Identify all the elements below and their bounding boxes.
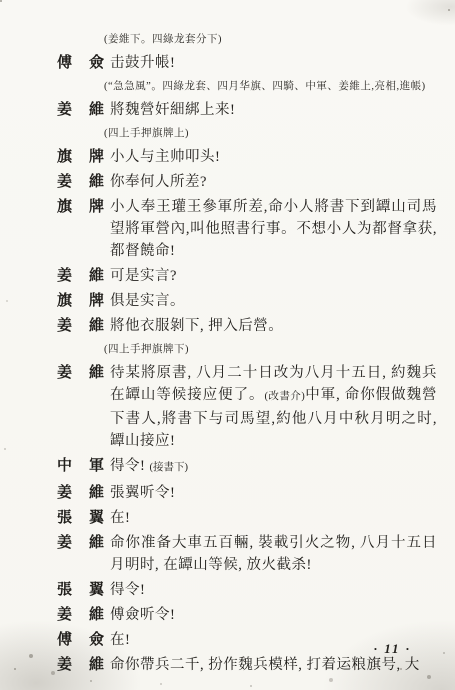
speaker-name: 姜維 bbox=[57, 604, 104, 626]
speaker-name: 姜維 bbox=[57, 171, 104, 193]
dialogue-text-segment: 命你帶兵二千, 扮作魏兵模样, 打着运粮旗号, 大 bbox=[110, 657, 420, 673]
stage-direction-row: (四上手押旗牌上) bbox=[0, 124, 455, 143]
dialogue-text-segment: 小人奉王瓘王參軍所差,命小人將書下到罈山司馬望將軍營內,叫他照書行事。不想小人为… bbox=[110, 199, 437, 259]
speaker-name: 姜維 bbox=[57, 482, 104, 504]
dialogue-row: 旗牌小人奉王瓘王參軍所差,命小人將書下到罈山司馬望將軍營內,叫他照書行事。不想小… bbox=[0, 196, 455, 262]
speaker-name: 姜維 bbox=[57, 654, 104, 676]
dialogue-row: 傅僉击鼓升帳! bbox=[0, 52, 455, 74]
speaker-name: 姜維 bbox=[57, 362, 104, 384]
speaker-name-char: 旗 bbox=[57, 196, 72, 218]
dialogue-text: 小人奉王瓘王參軍所差,命小人將書下到罈山司馬望將軍營內,叫他照書行事。不想小人为… bbox=[110, 196, 437, 262]
speaker-name-char: 姜 bbox=[57, 362, 72, 384]
dialogue-text: 小人与主帅叩头! bbox=[110, 146, 437, 168]
speaker-name-char: 張 bbox=[57, 507, 72, 529]
dialogue-text-segment: 击鼓升帳! bbox=[110, 55, 175, 71]
dialogue-row: 姜維命你准备大車五百輛, 裝載引火之物, 八月十五日月明时, 在罈山等候, 放火… bbox=[0, 532, 455, 576]
dialogue-row: 姜維你奉何人所差? bbox=[0, 171, 455, 193]
speaker-name-char: 姜 bbox=[57, 654, 72, 676]
dialogue-row: 姜維將他衣服剝下, 押入后營。 bbox=[0, 315, 455, 337]
stage-direction-row: (四上手押旗牌下) bbox=[0, 340, 455, 359]
speaker-name: 旗牌 bbox=[57, 146, 104, 168]
dialogue-row: 姜維可是实言? bbox=[0, 265, 455, 287]
dialogue-text: 击鼓升帳! bbox=[110, 52, 437, 74]
dialogue-text: 你奉何人所差? bbox=[110, 171, 437, 193]
dialogue-text: 得令! bbox=[110, 579, 437, 601]
dialogue-row: 姜維命你帶兵二千, 扮作魏兵模样, 打着运粮旗号, 大 bbox=[0, 654, 455, 676]
speaker-name-char: 姜 bbox=[57, 482, 72, 504]
dialogue-row: 旗牌小人与主帅叩头! bbox=[0, 146, 455, 168]
dialogue-text: 在! bbox=[110, 507, 437, 529]
speaker-name-char: 牌 bbox=[89, 146, 104, 168]
speaker-name-char: 軍 bbox=[89, 455, 104, 477]
inline-stage-direction: (改書介) bbox=[264, 391, 304, 402]
stage-direction-row: (“急急風”。四綠龙套、四月华旗、四騎、中軍、姜維上,亮相,進帳) bbox=[0, 77, 455, 96]
dialogue-row: 姜維張翼听令! bbox=[0, 482, 455, 504]
speaker-name: 姜維 bbox=[57, 315, 104, 337]
speaker-name-char: 牌 bbox=[89, 290, 104, 312]
dialogue-text-segment: 在! bbox=[110, 510, 130, 526]
speaker-name-char: 姜 bbox=[57, 99, 72, 121]
dialogue-text-segment: 傅僉听令! bbox=[110, 607, 175, 623]
speaker-name-char: 維 bbox=[89, 362, 104, 384]
speaker-name: 張翼 bbox=[57, 507, 104, 529]
dialogue-text-segment: 可是实言? bbox=[110, 268, 177, 284]
dialogue-text-segment: 在! bbox=[110, 632, 130, 648]
speaker-name-char: 傅 bbox=[57, 629, 72, 651]
speaker-name-char: 維 bbox=[89, 604, 104, 626]
dialogue-text-segment: 將他衣服剝下, 押入后營。 bbox=[110, 318, 283, 334]
dialogue-text-segment: 得令! bbox=[110, 582, 145, 598]
speaker-name-char: 姜 bbox=[57, 315, 72, 337]
dialogue-text-segment: 張翼听令! bbox=[110, 485, 175, 501]
dialogue-text-segment: 得令! bbox=[110, 458, 149, 474]
stage-direction: (四上手押旗牌下) bbox=[104, 340, 434, 359]
dialogue-row: 姜維待某將原書, 八月二十日改为八月十五日, 約魏兵在罈山等候接应便了。(改書介… bbox=[0, 362, 455, 452]
scanned-script-page: (姜維下。四綠龙套分下)傅僉击鼓升帳!(“急急風”。四綠龙套、四月华旗、四騎、中… bbox=[0, 0, 455, 690]
speaker-name-char: 中 bbox=[57, 455, 72, 477]
dialogue-row: 中軍得令! (接書下) bbox=[0, 455, 455, 479]
dialogue-row: 張翼在! bbox=[0, 507, 455, 529]
inline-stage-direction: (接書下) bbox=[149, 462, 188, 473]
speaker-name: 旗牌 bbox=[57, 290, 104, 312]
dialogue-text: 傅僉听令! bbox=[110, 604, 437, 626]
dialogue-text: 俱是实言。 bbox=[110, 290, 437, 312]
dialogue-text-segment: 你奉何人所差? bbox=[110, 174, 207, 190]
speaker-name-char: 僉 bbox=[89, 52, 104, 74]
speaker-name-char: 張 bbox=[57, 579, 72, 601]
speaker-name-char: 維 bbox=[89, 315, 104, 337]
speaker-name-char: 維 bbox=[89, 99, 104, 121]
speaker-name-char: 維 bbox=[89, 532, 104, 554]
dialogue-text-segment: 小人与主帅叩头! bbox=[110, 149, 220, 165]
speaker-name: 張翼 bbox=[57, 579, 104, 601]
speaker-name: 姜維 bbox=[57, 99, 104, 121]
speaker-name: 姜維 bbox=[57, 532, 104, 554]
speaker-name-char: 旗 bbox=[57, 290, 72, 312]
speaker-name-char: 維 bbox=[89, 654, 104, 676]
speaker-name: 旗牌 bbox=[57, 196, 104, 218]
dialogue-text: 命你帶兵二千, 扮作魏兵模样, 打着运粮旗号, 大 bbox=[110, 654, 437, 676]
dialogue-text: 將魏營奸細綁上来! bbox=[110, 99, 437, 121]
dialogue-text: 得令! (接書下) bbox=[110, 455, 437, 479]
speaker-name-char: 翼 bbox=[89, 579, 104, 601]
speaker-name-char: 牌 bbox=[89, 196, 104, 218]
speaker-name: 姜維 bbox=[57, 265, 104, 287]
speaker-name-char: 傅 bbox=[57, 52, 72, 74]
stage-direction: (姜維下。四綠龙套分下) bbox=[104, 30, 434, 49]
stage-direction: (“急急風”。四綠龙套、四月华旗、四騎、中軍、姜維上,亮相,進帳) bbox=[104, 77, 434, 96]
speaker-name-char: 姜 bbox=[57, 532, 72, 554]
dialogue-row: 姜維將魏營奸細綁上来! bbox=[0, 99, 455, 121]
scan-noise-speckles bbox=[0, 0, 2, 2]
dialogue-text: 待某將原書, 八月二十日改为八月十五日, 約魏兵在罈山等候接应便了。(改書介)中… bbox=[110, 362, 437, 452]
speaker-name-char: 翼 bbox=[89, 507, 104, 529]
speaker-name-char: 維 bbox=[89, 482, 104, 504]
speaker-name-char: 姜 bbox=[57, 604, 72, 626]
dialogue-text-segment: 俱是实言。 bbox=[110, 293, 185, 309]
speaker-name-char: 姜 bbox=[57, 171, 72, 193]
dialogue-row: 旗牌俱是实言。 bbox=[0, 290, 455, 312]
speaker-name: 中軍 bbox=[57, 455, 104, 477]
script-text-block: (姜維下。四綠龙套分下)傅僉击鼓升帳!(“急急風”。四綠龙套、四月华旗、四騎、中… bbox=[0, 30, 455, 679]
dialogue-text: 命你准备大車五百輛, 裝載引火之物, 八月十五日月明时, 在罈山等候, 放火截杀… bbox=[110, 532, 437, 576]
speaker-name: 傅僉 bbox=[57, 52, 104, 74]
dialogue-text: 張翼听令! bbox=[110, 482, 437, 504]
speaker-name-char: 僉 bbox=[89, 629, 104, 651]
stage-direction: (四上手押旗牌上) bbox=[104, 124, 434, 143]
dialogue-text: 可是实言? bbox=[110, 265, 437, 287]
speaker-name-char: 維 bbox=[89, 265, 104, 287]
speaker-name-char: 旗 bbox=[57, 146, 72, 168]
speaker-name: 傅僉 bbox=[57, 629, 104, 651]
stage-direction-row: (姜維下。四綠龙套分下) bbox=[0, 30, 455, 49]
dialogue-row: 張翼得令! bbox=[0, 579, 455, 601]
speaker-name-char: 姜 bbox=[57, 265, 72, 287]
dialogue-text-segment: 命你准备大車五百輛, 裝載引火之物, 八月十五日月明时, 在罈山等候, 放火截杀… bbox=[110, 535, 437, 573]
page-number: · 11 · bbox=[374, 641, 411, 657]
dialogue-text-segment: 將魏營奸細綁上来! bbox=[110, 102, 235, 118]
dialogue-text: 將他衣服剝下, 押入后營。 bbox=[110, 315, 437, 337]
dialogue-row: 姜維傅僉听令! bbox=[0, 604, 455, 626]
speaker-name-char: 維 bbox=[89, 171, 104, 193]
